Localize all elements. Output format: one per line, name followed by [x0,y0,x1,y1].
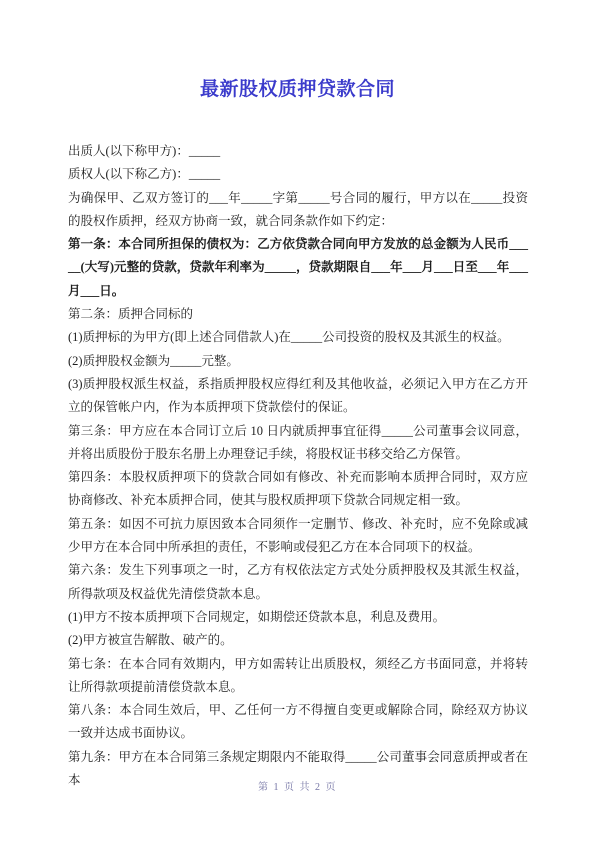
contract-paragraph: 第六条：发生下列事项之一时，乙方有权依法定方式处分质押股权及其派生权益，所得款项… [68,559,528,606]
document-title: 最新股权质押贷款合同 [0,74,595,101]
contract-paragraph: (2)甲方被宣告解散、破产的。 [68,629,528,652]
contract-paragraph: (1)质押标的为甲方(即上述合同借款人)在_____公司投资的股权及其派生的权益… [68,326,528,349]
contract-paragraph: (1)甲方不按本质押项下合同规定，如期偿还贷款本息，利息及费用。 [68,606,528,629]
contract-paragraph: 第三条：甲方应在本合同订立后 10 日内就质押事宜征得_____公司董事会议同意… [68,420,528,467]
contract-paragraph: 为确保甲、乙双方签订的___年_____字第_____号合同的履行，甲方以在__… [68,187,528,234]
contract-paragraph: 出质人(以下称甲方)：_____ [68,140,528,163]
contract-paragraph: 第一条：本合同所担保的债权为：乙方依贷款合同向甲方发放的总金额为人民币_____… [68,233,528,303]
contract-body: 出质人(以下称甲方)：_____质权人(以下称乙方)：_____为确保甲、乙双方… [68,140,528,792]
contract-paragraph: 第二条：质押合同标的 [68,303,528,326]
contract-paragraph: 第七条：在本合同有效期内，甲方如需转让出质股权，须经乙方书面同意，并将转让所得款… [68,653,528,700]
contract-paragraph: 第八条：本合同生效后，甲、乙任何一方不得擅自变更或解除合同，除经双方协议一致并达… [68,699,528,746]
contract-paragraph: (3)质押股权派生权益，系指质押股权应得红利及其他收益，必须记入甲方在乙方开立的… [68,373,528,420]
contract-paragraph: (2)质押股权金额为_____元整。 [68,350,528,373]
contract-paragraph: 第五条：如因不可抗力原因致本合同须作一定删节、修改、补充时，应不免除或减少甲方在… [68,513,528,560]
document-page: 最新股权质押贷款合同 出质人(以下称甲方)：_____质权人(以下称乙方)：__… [0,0,595,841]
contract-paragraph: 质权人(以下称乙方)：_____ [68,163,528,186]
page-footer: 第 1 页 共 2 页 [0,778,595,793]
contract-paragraph: 第四条：本股权质押项下的贷款合同如有修改、补充而影响本质押合同时，双方应协商修改… [68,466,528,513]
